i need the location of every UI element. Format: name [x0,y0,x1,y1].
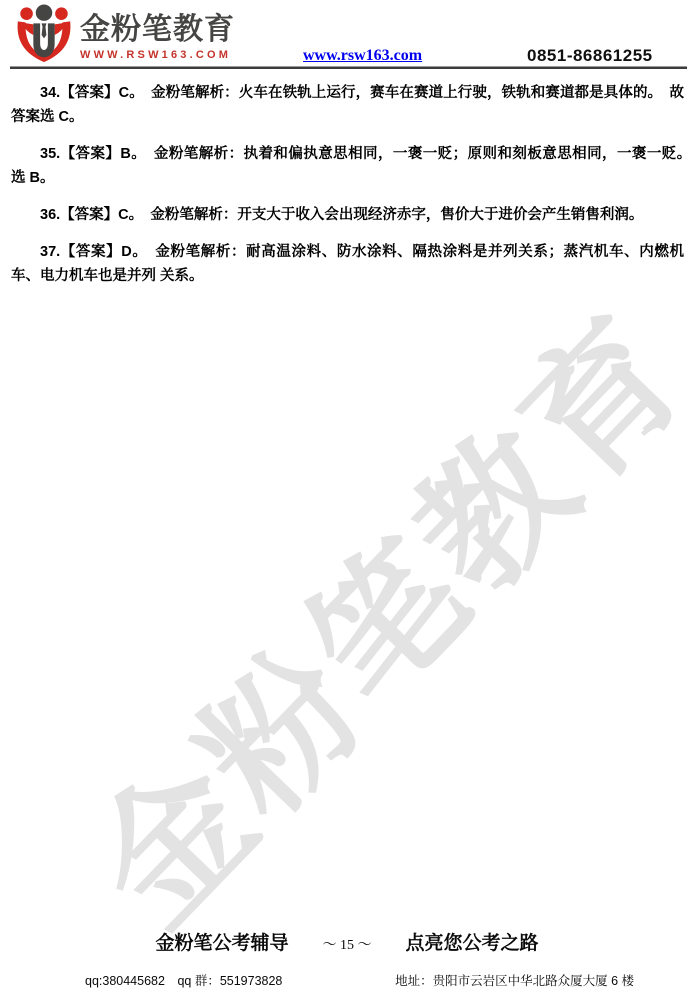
website-link[interactable]: www.rsw163.com [303,47,422,65]
footer-address: 地址：贵阳市云岩区中华北路众厦大厦 6 楼 [395,971,634,989]
footer-contact-row: qq:380445682 qq 群：551973828 地址：贵阳市云岩区中华北… [0,971,694,989]
brand-url-caption: WWW.RSW163.COM [80,49,235,61]
phone-number: 0851-86861255 [527,46,653,66]
footer-title-row: 金粉笔公考辅导 ～ 15 ～ 点亮您公考之路 [0,928,694,955]
answer-item-37: 37.【答案】D。 金粉笔解析：耐高温涂料、防水涂料、隔热涂料是并列关系；蒸汽机… [11,240,684,288]
footer-slogan: 点亮您公考之路 [406,928,539,955]
brand-logo-text: 金粉笔教育 WWW.RSW163.COM [80,14,235,61]
document-page: 金粉笔教育 金粉笔教育 WWW.RSW163.COM www.rsw163.co… [0,0,694,1008]
brand-logo: 金粉笔教育 WWW.RSW163.COM [12,3,235,65]
page-header: 金粉笔教育 WWW.RSW163.COM www.rsw163.com 0851… [0,0,694,67]
answer-item-34: 34.【答案】C。 金粉笔解析：火车在铁轨上运行，赛车在赛道上行驶，铁轨和赛道都… [11,81,684,129]
page-number: ～ 15 ～ [323,934,372,954]
brand-watermark: 金粉笔教育 [38,261,694,962]
footer-qq-contacts: qq:380445682 qq 群：551973828 [85,971,282,989]
answer-item-36: 36.【答案】C。 金粉笔解析：开支大于收入会出现经济赤字，售价大于进价会产生销… [11,203,684,227]
brand-logo-icon [12,3,76,65]
header-divider [10,66,687,69]
brand-name: 金粉笔教育 [80,14,235,46]
answer-explanations: 34.【答案】C。 金粉笔解析：火车在铁轨上运行，赛车在赛道上行驶，铁轨和赛道都… [11,81,684,301]
footer-brand: 金粉笔公考辅导 [155,928,288,955]
answer-item-35: 35.【答案】B。 金粉笔解析：执着和偏执意思相同，一褒一贬；原则和刻板意思相同… [11,142,684,190]
